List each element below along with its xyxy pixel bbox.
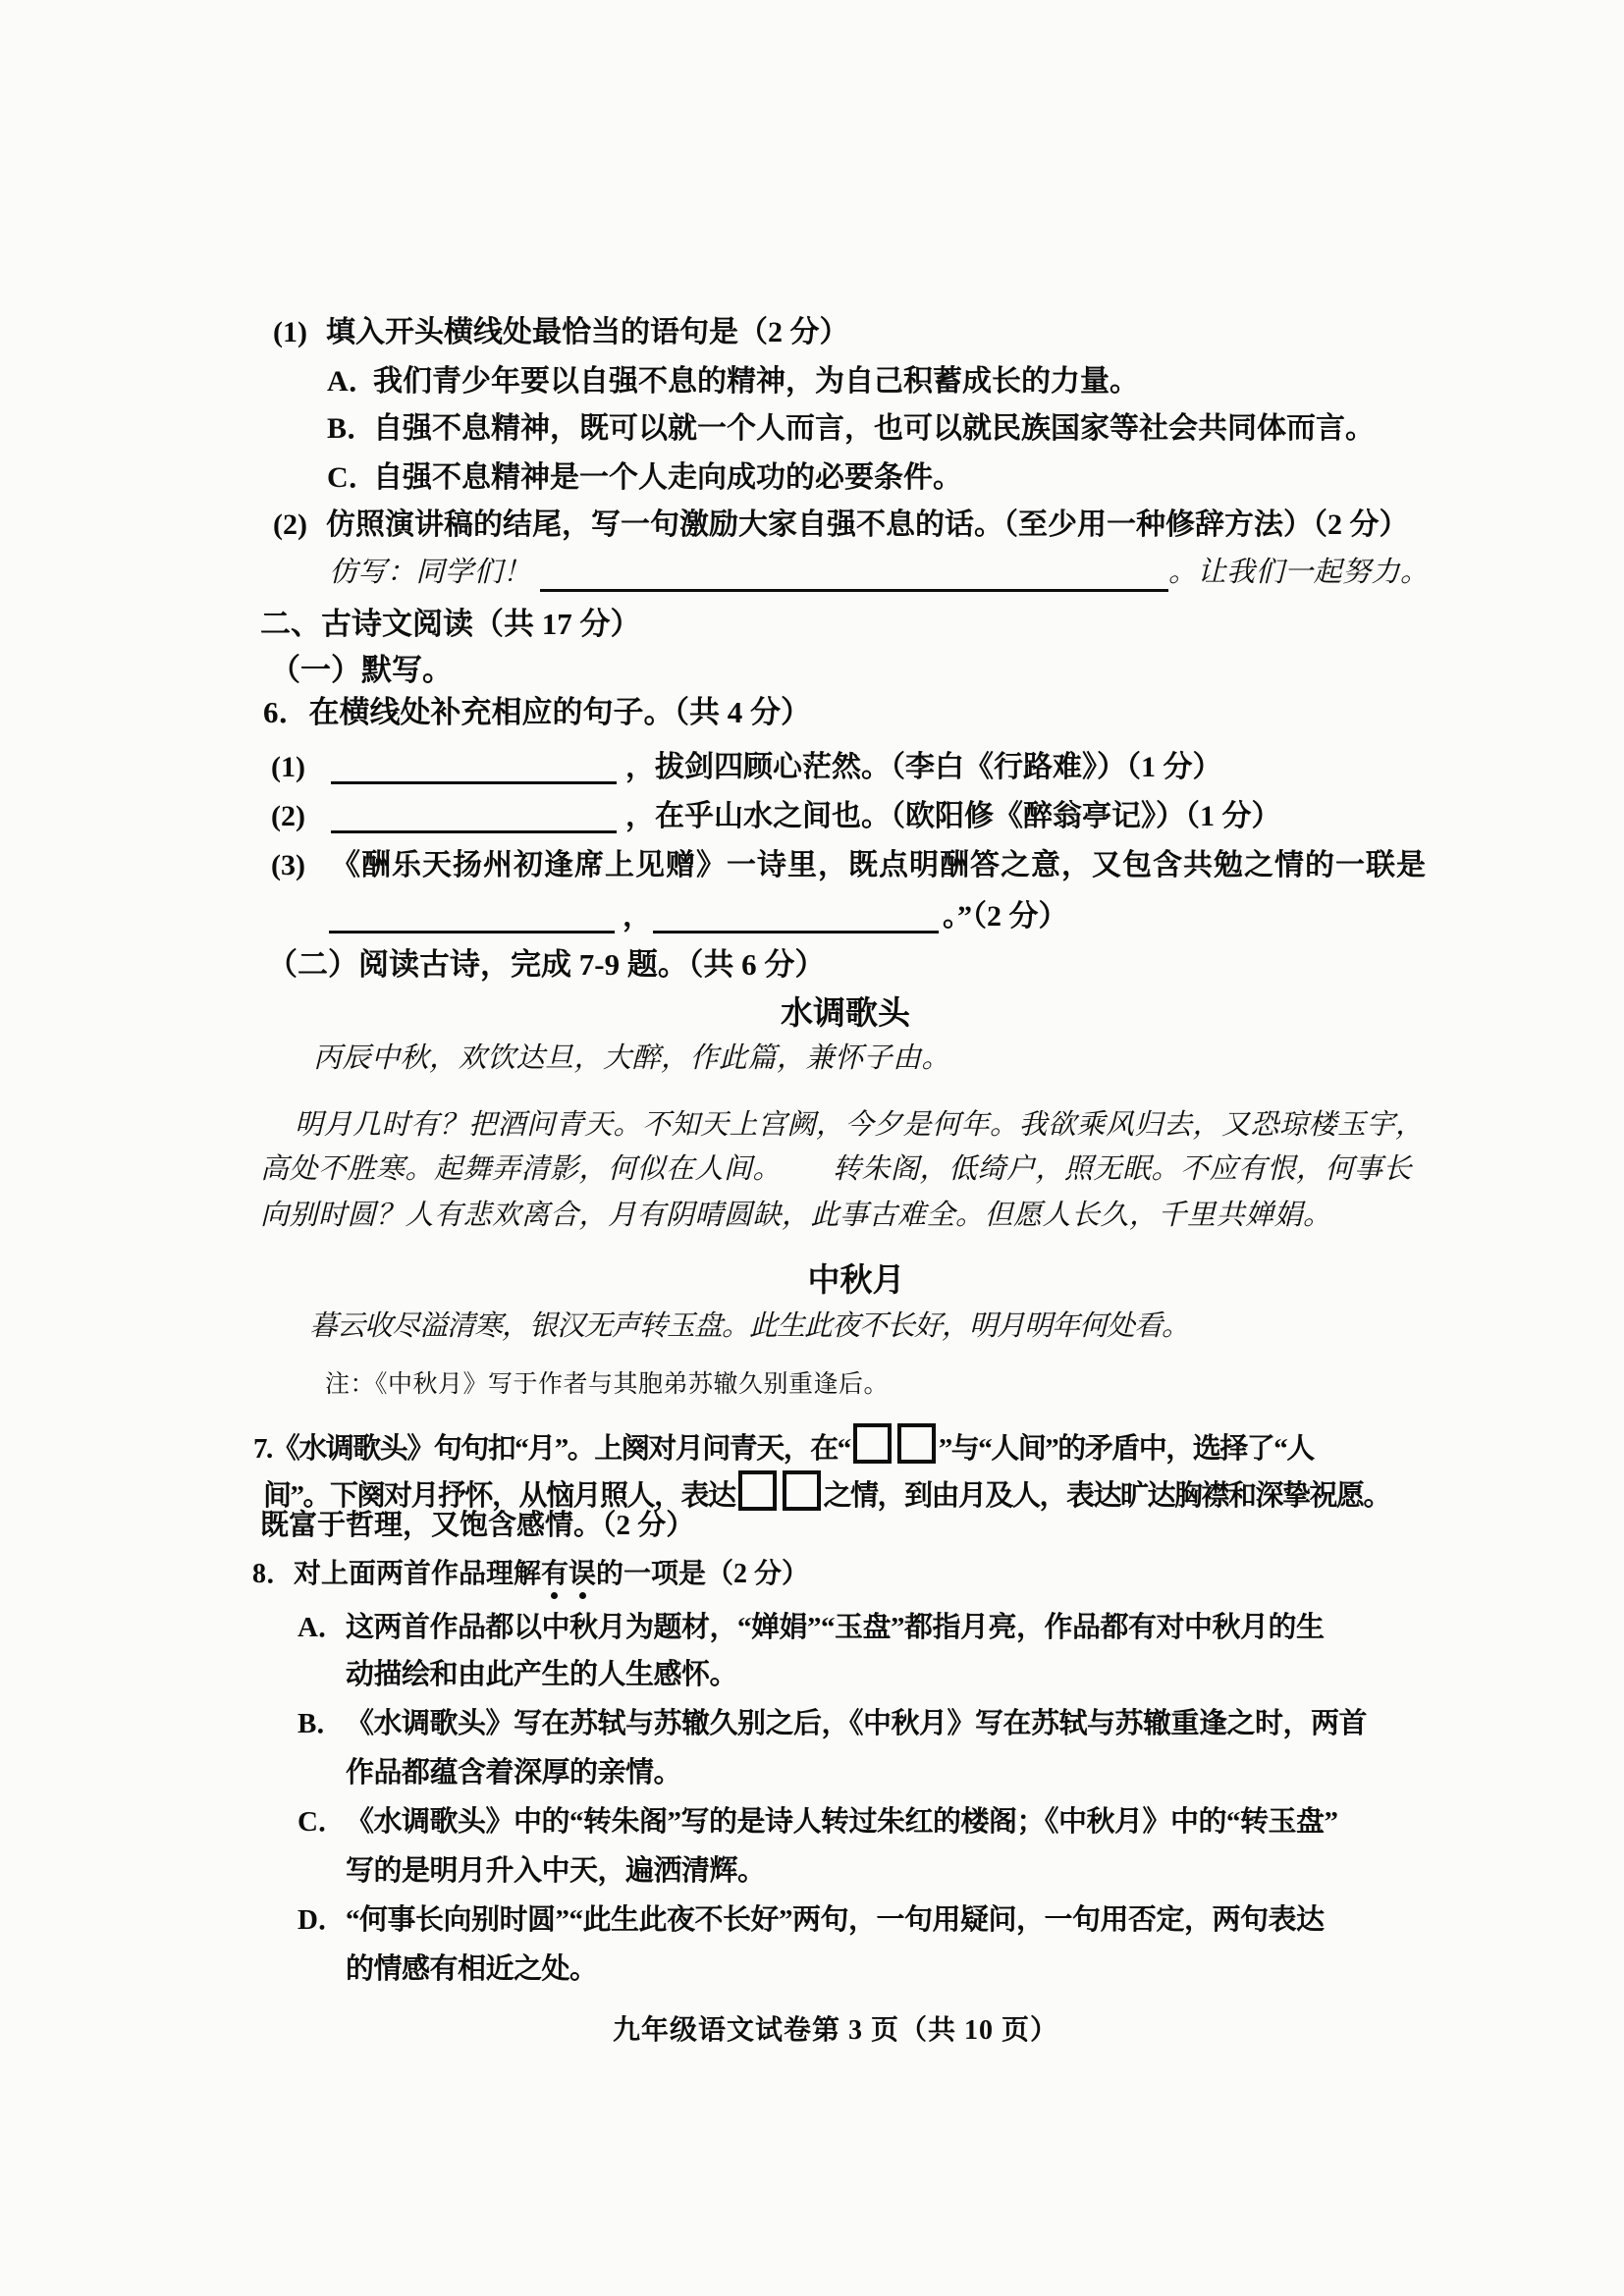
q8-option-b-line1: 《水调歌头》写在苏轼与苏辙久别之后，《中秋月》写在苏轼与苏辙重逢之时，两首 [346, 1708, 1367, 1740]
q6-item1-label: (1) [271, 751, 305, 785]
poem1-line2: 高处不胜寒。起舞弄清影，何似在人间。转朱阁，低绮户，照无眠。不应有恨，何事长 [260, 1153, 1412, 1186]
poem2-line1: 暮云收尽溢清寒，银汉无声转玉盘。此生此夜不长好，明月明年何处看。 [309, 1310, 1189, 1343]
q1-option-c-text: 自强不息精神是一个人走向成功的必要条件。 [373, 461, 962, 496]
q7-line2-pre: 间”。下阕对月抒怀，从恼月照人，表达 [263, 1480, 735, 1512]
q8-prompt: 8．对上面两首作品理解有误的一项是（2 分） [252, 1559, 809, 1590]
answer-blank-line [329, 931, 615, 934]
q8-emphasized-term: 有误 [541, 1559, 596, 1589]
q1-label: (1) [273, 316, 307, 350]
q6-heading: 6．在横线处补充相应的句子。（共 4 分） [263, 695, 811, 730]
fill-in-box [853, 1423, 892, 1464]
q8-option-b-line2: 作品都蕴含着深厚的亲情。 [346, 1757, 681, 1789]
q2-label: (2) [273, 508, 307, 543]
part1-heading: （一）默写。 [270, 653, 453, 688]
q8-option-c-line1: 《水调歌头》中的“转朱阁”写的是诗人转过朱红的楼阁；《中秋月》中的“转玉盘” [346, 1806, 1338, 1839]
exam-paper-page: (1) 填入开头横线处最恰当的语句是（2 分） A． 我们青少年要以自强不息的精… [0, 0, 1624, 2296]
q1-option-a-text: 我们青少年要以自强不息的精神，为自己积蓄成长的力量。 [373, 365, 1139, 400]
q8-prompt-post: 的一项是（2 分） [596, 1559, 809, 1589]
q7-number: 7. [253, 1433, 272, 1465]
q1-option-c-label: C． [327, 461, 378, 496]
q2-answer-prefix: 仿写：同学们！ [329, 557, 532, 589]
answer-blank-line [540, 589, 1168, 592]
poem1-line1: 明月几时有？把酒问青天。不知天上宫阙，今夕是何年。我欲乘风归去，又恐琼楼玉宇， [295, 1109, 1425, 1142]
answer-blank-line [331, 781, 617, 784]
q8-number: 8． [252, 1559, 294, 1589]
q1-option-a-label: A． [327, 365, 378, 400]
q6-item2-label: (2) [271, 800, 305, 834]
q1-option-b-label: B． [327, 412, 376, 447]
q8-option-d-line1: “何事长向别时圆”“此生此夜不长好”两句，一句用疑问，一句用否定，两句表达 [346, 1904, 1325, 1937]
q1-prompt: 填入开头横线处最恰当的语句是（2 分） [326, 316, 849, 350]
q7-line1: 7.《水调歌头》句句扣“月”。上阕对月问青天，在“”与“人间”的矛盾中，选择了“… [253, 1423, 1314, 1466]
q7-line2-post: 之情，到由月及人，表达旷达胸襟和深挚祝愿。 [824, 1480, 1391, 1512]
q8-option-d-line2: 的情感有相近之处。 [346, 1953, 598, 1986]
q8-option-d-label: D． [298, 1904, 346, 1937]
poem1-line3: 向别时圆？人有悲欢离合，月有阴晴圆缺，此事古难全。但愿人长久，千里共婵娟。 [260, 1200, 1332, 1232]
q8-option-c-label: C． [298, 1806, 346, 1839]
q8-option-c-line2: 写的是明月升入中天，遍洒清辉。 [346, 1855, 766, 1888]
answer-blank-line [653, 931, 939, 934]
poem1-line2b: 转朱阁，低绮户，照无眠。不应有恨，何事长 [833, 1153, 1412, 1185]
poem2-note: 注：《中秋月》写于作者与其胞弟苏辙久别重逢后。 [325, 1371, 889, 1400]
fill-in-box [783, 1470, 821, 1511]
q7-line3: 既富于哲理，又饱含感情。（2 分） [260, 1510, 694, 1542]
poem1-preface: 丙辰中秋，欢饮达旦，大醉，作此篇，兼怀子由。 [313, 1042, 950, 1075]
answer-blank-line [331, 830, 617, 833]
q6-item3-separator: ， [623, 900, 652, 934]
q8-option-b-label: B． [298, 1708, 344, 1740]
q6-item3-label: (3) [271, 849, 305, 883]
q8-option-a-label: A． [298, 1612, 346, 1644]
q6-item1-text: ，拔剑四顾心茫然。（李白《行路难》）（1 分） [625, 751, 1222, 785]
fill-in-box [738, 1470, 777, 1511]
q8-prompt-pre: 对上面两首作品理解 [294, 1559, 541, 1589]
q7-line2: 间”。下阕对月抒怀，从恼月照人，表达之情，到由月及人，表达旷达胸襟和深挚祝愿。 [263, 1470, 1390, 1513]
part2-heading: （二）阅读古诗，完成 7-9 题。（共 6 分） [267, 947, 825, 983]
q7-line1-pre: 《水调歌头》句句扣“月”。上阕对月问青天，在“ [272, 1433, 850, 1465]
poem1-line2a: 高处不胜寒。起舞弄清影，何似在人间。 [260, 1153, 782, 1185]
page-footer: 九年级语文试卷第 3 页（共 10 页） [613, 2015, 1058, 2047]
q2-prompt: 仿照演讲稿的结尾，写一句激励大家自强不息的话。（至少用一种修辞方法）（2 分） [326, 508, 1409, 543]
q6-item2-text: ，在乎山水之间也。（欧阳修《醉翁亭记》）（1 分） [625, 800, 1281, 834]
fill-in-box [897, 1423, 936, 1464]
section-heading: 二、古诗文阅读（共 17 分） [260, 607, 641, 642]
q6-item3-text: 《酬乐天扬州初逢席上见赠》一诗里，既点明酬答之意，又包含共勉之情的一联是 [331, 849, 1427, 883]
q2-answer-suffix: 。让我们一起努力。 [1168, 557, 1430, 589]
q7-line1-post: ”与“人间”的矛盾中，选择了“人 [939, 1433, 1314, 1465]
q8-option-a-line1: 这两首作品都以中秋月为题材，“婵娟”“玉盘”都指月亮，作品都有对中秋月的生 [346, 1612, 1325, 1644]
q1-option-b-text: 自强不息精神，既可以就一个人而言，也可以就民族国家等社会共同体而言。 [373, 412, 1375, 447]
poem1-title: 水调歌头 [781, 996, 910, 1034]
q8-option-a-line2: 动描绘和由此产生的人生感怀。 [346, 1659, 737, 1691]
poem2-title: 中秋月 [808, 1263, 905, 1301]
q6-item3-tail: 。”（2 分） [943, 900, 1068, 934]
